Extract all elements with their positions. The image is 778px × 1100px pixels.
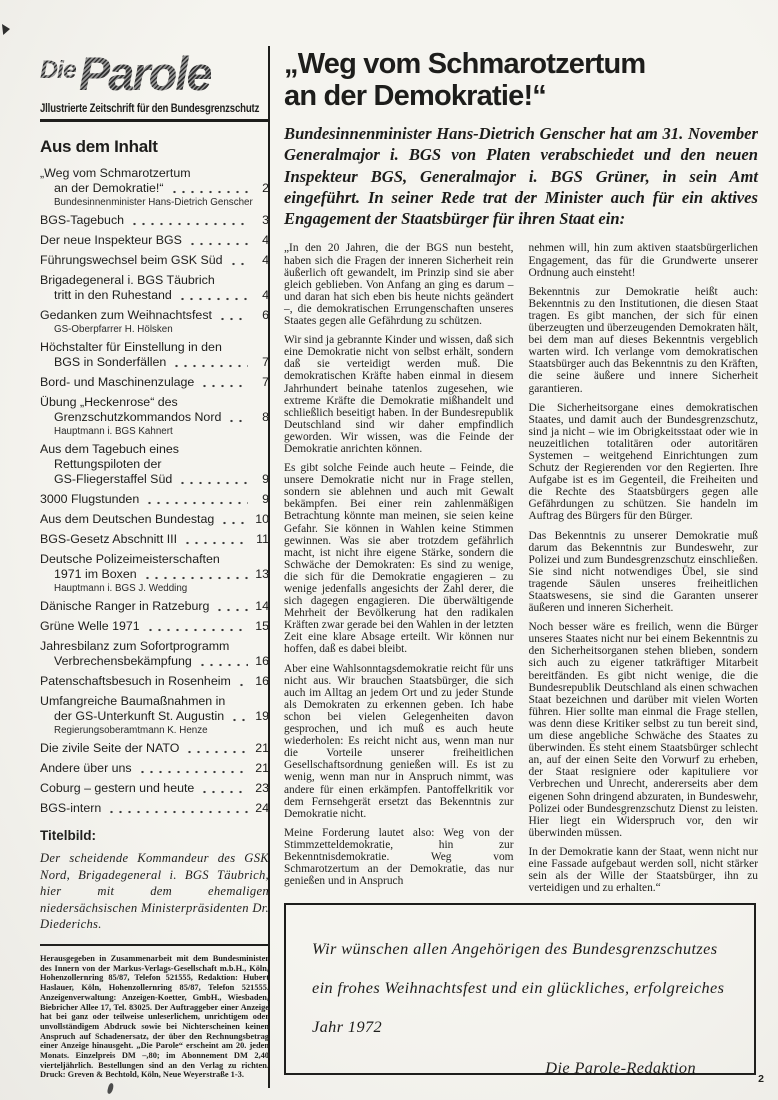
toc-item: Coburg – gestern und heute23 xyxy=(40,781,269,796)
masthead-subtitle: Jllustrierte Zeitschrift für den Bundesg… xyxy=(40,101,223,115)
toc-page-number: 9 xyxy=(253,472,269,487)
toc-entry-line: Bord- und Maschinenzulage7 xyxy=(40,375,269,390)
toc-item: BGS-intern24 xyxy=(40,801,269,816)
logo-die-text: Die xyxy=(40,58,76,83)
toc-entry-line: Aus dem Tagebuch eines xyxy=(40,442,269,457)
toc-entry-line: BGS in Sonderfällen7 xyxy=(40,355,269,370)
toc-entry-line: Dänische Ranger in Ratzeburg14 xyxy=(40,599,269,614)
toc-entry-title: GS-Fliegerstaffel Süd xyxy=(54,472,172,487)
toc-entry-line: BGS-Tagebuch3 xyxy=(40,213,269,228)
toc-dot-leader xyxy=(178,472,248,487)
toc-page-number: 23 xyxy=(253,781,269,796)
article-column: „Weg vom Schmarotzertum an der Demokrati… xyxy=(284,48,758,901)
article-body-column-1: „In den 20 Jahren, die der BGS nun beste… xyxy=(284,242,514,901)
toc-entry-title: 1971 im Boxen xyxy=(54,567,137,582)
toc-item: Deutsche Polizeimeisterschaften1971 im B… xyxy=(40,552,269,594)
toc-entry-title: Aus dem Deutschen Bundestag xyxy=(40,512,214,527)
toc-item: Übung „Heckenrose“ desGrenzschutzkommand… xyxy=(40,395,269,437)
toc-entry-title: „Weg vom Schmarotzertum xyxy=(40,166,191,181)
toc-entry-title: BGS-Gesetz Abschnitt III xyxy=(40,532,177,547)
toc-item: Der neue Inspekteur BGS4 xyxy=(40,233,269,248)
toc-item: Dänische Ranger in Ratzeburg14 xyxy=(40,599,269,614)
toc-entry-title: BGS-Tagebuch xyxy=(40,213,124,228)
toc-page-number: 2 xyxy=(253,181,269,196)
article-paragraph: Es gibt solche Feinde auch heute – Feind… xyxy=(284,462,514,656)
toc-entry-title: Grenzschutzkommandos Nord xyxy=(54,410,221,425)
toc-entry-title: Aus dem Tagebuch eines xyxy=(40,442,179,457)
toc-dot-leader xyxy=(107,801,248,816)
toc-entry-line: an der Demokratie!“2 xyxy=(40,181,269,196)
toc-dot-leader xyxy=(200,375,248,390)
toc-entry-line: BGS-intern24 xyxy=(40,801,269,816)
toc-item: „Weg vom Schmarotzertuman der Demokratie… xyxy=(40,166,269,208)
toc-entry-title: BGS in Sonderfällen xyxy=(54,355,166,370)
magazine-logo: Die Parole xyxy=(40,50,269,97)
toc-entry-author: Regierungsoberamtmann K. Henze xyxy=(40,725,269,736)
toc-entry-line: Andere über uns21 xyxy=(40,761,269,776)
scan-artifact xyxy=(2,24,10,35)
toc-entry-title: Brigadegeneral i. BGS Täubrich xyxy=(40,273,215,288)
left-column: Die Parole Jllustrierte Zeitschrift für … xyxy=(40,50,269,1080)
toc-page-number: 16 xyxy=(253,674,269,689)
toc-page-number: 4 xyxy=(253,288,269,303)
toc-entry-title: Coburg – gestern und heute xyxy=(40,781,194,796)
toc-item: Bord- und Maschinenzulage7 xyxy=(40,375,269,390)
toc-entry-line: Brigadegeneral i. BGS Täubrich xyxy=(40,273,269,288)
toc-dot-leader xyxy=(200,781,248,796)
toc-page-number: 7 xyxy=(253,375,269,390)
toc-item: BGS-Tagebuch3 xyxy=(40,213,269,228)
toc-dot-leader xyxy=(230,709,248,724)
toc-entry-title: Gedanken zum Weihnachtsfest xyxy=(40,308,212,323)
toc-dot-leader xyxy=(143,567,248,582)
toc-entry-line: Höchstalter für Einstellung in den xyxy=(40,340,269,355)
article-paragraph: Die Sicherheitsorgane eines demokratisch… xyxy=(529,402,759,523)
toc-dot-leader xyxy=(220,512,248,527)
toc-entry-line: 3000 Flugstunden9 xyxy=(40,492,269,507)
toc-page-number: 4 xyxy=(253,233,269,248)
toc-dot-leader xyxy=(218,308,248,323)
toc-entry-line: GS-Fliegerstaffel Süd9 xyxy=(40,472,269,487)
toc-entry-title: Andere über uns xyxy=(40,761,132,776)
toc-item: Die zivile Seite der NATO21 xyxy=(40,741,269,756)
toc-entry-title: BGS-intern xyxy=(40,801,101,816)
toc-dot-leader xyxy=(185,741,248,756)
toc-page-number: 21 xyxy=(253,761,269,776)
toc-entry-line: Grenzschutzkommandos Nord8 xyxy=(40,410,269,425)
toc-page-number: 3 xyxy=(253,213,269,228)
toc-item: Andere über uns21 xyxy=(40,761,269,776)
toc-entry-line: „Weg vom Schmarotzertum xyxy=(40,166,269,181)
toc-entry-title: Die zivile Seite der NATO xyxy=(40,741,179,756)
article-headline-line1: „Weg vom Schmarotzertum xyxy=(284,48,758,80)
toc-page-number: 21 xyxy=(253,741,269,756)
toc-entry-title: Jahresbilanz zum Sofortprogramm xyxy=(40,639,229,654)
toc-page-number: 8 xyxy=(253,410,269,425)
toc-dot-leader xyxy=(183,532,248,547)
toc-entry-line: Führungswechsel beim GSK Süd4 xyxy=(40,253,269,268)
article-paragraph: „In den 20 Jahren, die der BGS nun beste… xyxy=(284,242,514,327)
toc-dot-leader xyxy=(145,492,248,507)
toc-page-number: 24 xyxy=(253,801,269,816)
toc-item: 3000 Flugstunden9 xyxy=(40,492,269,507)
toc-dot-leader xyxy=(229,253,248,268)
toc-entry-title: Patenschaftsbesuch in Rosenheim xyxy=(40,674,231,689)
titelbild-heading: Titelbild: xyxy=(40,828,269,843)
toc-entry-line: Grüne Welle 197115 xyxy=(40,619,269,634)
toc-dot-leader xyxy=(198,654,248,669)
masthead-rule xyxy=(40,119,269,122)
toc-entry-title: an der Demokratie!“ xyxy=(54,181,164,196)
toc-entry-line: BGS-Gesetz Abschnitt III11 xyxy=(40,532,269,547)
article-paragraph: Noch besser wäre es freilich, wenn die B… xyxy=(529,621,759,839)
greeting-signature: Die Parole-Redaktion xyxy=(312,1058,730,1078)
toc-page-number: 16 xyxy=(253,654,269,669)
toc-heading: Aus dem Inhalt xyxy=(40,137,269,157)
toc-item: Gedanken zum Weihnachtsfest6GS-Oberpfarr… xyxy=(40,308,269,335)
toc-entry-title: Deutsche Polizeimeisterschaften xyxy=(40,552,220,567)
magazine-page: Die Parole Jllustrierte Zeitschrift für … xyxy=(0,0,778,1100)
toc-page-number: 19 xyxy=(253,709,269,724)
toc-dot-leader xyxy=(178,288,248,303)
toc-item: Umfangreiche Baumaßnahmen inder GS-Unter… xyxy=(40,694,269,736)
article-paragraph: Bekenntnis zur Demokratie heißt auch: Be… xyxy=(529,286,759,395)
toc-entry-title: 3000 Flugstunden xyxy=(40,492,139,507)
toc-entry-title: Der neue Inspekteur BGS xyxy=(40,233,182,248)
toc-entry-line: der GS-Unterkunft St. Augustin19 xyxy=(40,709,269,724)
toc-entry-line: Coburg – gestern und heute23 xyxy=(40,781,269,796)
toc-entry-author: GS-Oberpfarrer H. Hölsken xyxy=(40,324,269,335)
logo-parole-text: Parole xyxy=(79,50,211,97)
toc-entry-title: Dänische Ranger in Ratzeburg xyxy=(40,599,209,614)
toc-entry-title: Rettungspiloten der xyxy=(54,457,161,472)
toc-entry-line: Der neue Inspekteur BGS4 xyxy=(40,233,269,248)
toc-entry-line: Die zivile Seite der NATO21 xyxy=(40,741,269,756)
toc-entry-title: Führungswechsel beim GSK Süd xyxy=(40,253,223,268)
toc-dot-leader xyxy=(188,233,248,248)
toc-item: Grüne Welle 197115 xyxy=(40,619,269,634)
toc-entry-line: Übung „Heckenrose“ des xyxy=(40,395,269,410)
toc-entry-author: Hauptmann i. BGS Kahnert xyxy=(40,426,269,437)
toc-entry-line: Deutsche Polizeimeisterschaften xyxy=(40,552,269,567)
scan-artifact xyxy=(107,1083,115,1095)
page-number: 2 xyxy=(758,1073,764,1085)
toc-item: Höchstalter für Einstellung in denBGS in… xyxy=(40,340,269,370)
toc-dot-leader xyxy=(172,355,248,370)
article-paragraph: Meine Forderung lautet also: Weg von der… xyxy=(284,827,514,887)
article-headline: „Weg vom Schmarotzertum an der Demokrati… xyxy=(284,48,758,112)
toc-entry-line: Patenschaftsbesuch in Rosenheim16 xyxy=(40,674,269,689)
toc-entry-line: Rettungspiloten der xyxy=(40,457,269,472)
toc-page-number: 7 xyxy=(253,355,269,370)
toc-item: Führungswechsel beim GSK Süd4 xyxy=(40,253,269,268)
toc-page-number: 15 xyxy=(253,619,269,634)
titelbild-caption: Der scheidende Kommandeur des GSK Nord, … xyxy=(40,850,269,933)
toc-list: „Weg vom Schmarotzertuman der Demokratie… xyxy=(40,166,269,816)
toc-entry-line: Aus dem Deutschen Bundestag10 xyxy=(40,512,269,527)
toc-entry-title: Höchstalter für Einstellung in den xyxy=(40,340,222,355)
toc-page-number: 13 xyxy=(253,567,269,582)
toc-page-number: 6 xyxy=(253,308,269,323)
article-intro: Bundesinnenminister Hans-Dietrich Gensch… xyxy=(284,123,758,229)
toc-dot-leader xyxy=(146,619,248,634)
article-paragraph: nehmen will, hin zum aktiven staatsbürge… xyxy=(529,242,759,278)
toc-entry-title: Bord- und Maschinenzulage xyxy=(40,375,194,390)
toc-entry-line: Verbrechensbekämpfung16 xyxy=(40,654,269,669)
greeting-box: Wir wünschen allen Angehörigen des Bunde… xyxy=(284,903,756,1075)
toc-entry-title: Übung „Heckenrose“ des xyxy=(40,395,178,410)
article-body-column-2: nehmen will, hin zum aktiven staatsbürge… xyxy=(529,242,759,901)
toc-entry-title: der GS-Unterkunft St. Augustin xyxy=(54,709,224,724)
toc-item: Aus dem Tagebuch einesRettungspiloten de… xyxy=(40,442,269,487)
greeting-text: Wir wünschen allen Angehörigen des Bunde… xyxy=(312,929,730,1046)
imprint-text: Herausgegeben in Zusammenarbeit mit dem … xyxy=(40,954,269,1080)
toc-dot-leader xyxy=(130,213,248,228)
article-headline-line2: an der Demokratie!“ xyxy=(284,80,758,112)
toc-entry-line: 1971 im Boxen13 xyxy=(40,567,269,582)
toc-dot-leader xyxy=(215,599,248,614)
toc-page-number: 14 xyxy=(253,599,269,614)
toc-item: BGS-Gesetz Abschnitt III11 xyxy=(40,532,269,547)
toc-item: Brigadegeneral i. BGS Täubrichtritt in d… xyxy=(40,273,269,303)
toc-page-number: 10 xyxy=(253,512,269,527)
toc-entry-line: tritt in den Ruhestand4 xyxy=(40,288,269,303)
toc-dot-leader xyxy=(237,674,248,689)
toc-entry-line: Gedanken zum Weihnachtsfest6 xyxy=(40,308,269,323)
imprint-rule xyxy=(40,944,269,947)
column-divider xyxy=(268,46,270,1088)
toc-entry-title: Umfangreiche Baumaßnahmen in xyxy=(40,694,225,709)
titelbild-section: Titelbild: Der scheidende Kommandeur des… xyxy=(40,828,269,933)
article-paragraph: Das Bekenntnis zu unserer Demokratie muß… xyxy=(529,530,759,615)
toc-dot-leader xyxy=(138,761,248,776)
toc-entry-author: Hauptmann i. BGS J. Wedding xyxy=(40,583,269,594)
toc-item: Patenschaftsbesuch in Rosenheim16 xyxy=(40,674,269,689)
article-paragraph: In der Demokratie kann der Staat, wenn n… xyxy=(529,846,759,894)
toc-page-number: 9 xyxy=(253,492,269,507)
article-body: „In den 20 Jahren, die der BGS nun beste… xyxy=(284,242,758,901)
toc-dot-leader xyxy=(170,181,249,196)
article-paragraph: Wir sind ja gebrannte Kinder und wissen,… xyxy=(284,334,514,455)
toc-entry-line: Umfangreiche Baumaßnahmen in xyxy=(40,694,269,709)
toc-dot-leader xyxy=(227,410,248,425)
toc-entry-title: Grüne Welle 1971 xyxy=(40,619,140,634)
toc-page-number: 11 xyxy=(253,532,269,547)
toc-entry-author: Bundesinnenminister Hans-Dietrich Gensch… xyxy=(40,197,269,208)
toc-page-number: 4 xyxy=(253,253,269,268)
toc-item: Jahresbilanz zum SofortprogrammVerbreche… xyxy=(40,639,269,669)
toc-entry-line: Jahresbilanz zum Sofortprogramm xyxy=(40,639,269,654)
toc-item: Aus dem Deutschen Bundestag10 xyxy=(40,512,269,527)
article-paragraph: Aber eine Wahlsonntagsdemokratie reicht … xyxy=(284,663,514,820)
toc-entry-title: Verbrechensbekämpfung xyxy=(54,654,192,669)
toc-entry-title: tritt in den Ruhestand xyxy=(54,288,172,303)
